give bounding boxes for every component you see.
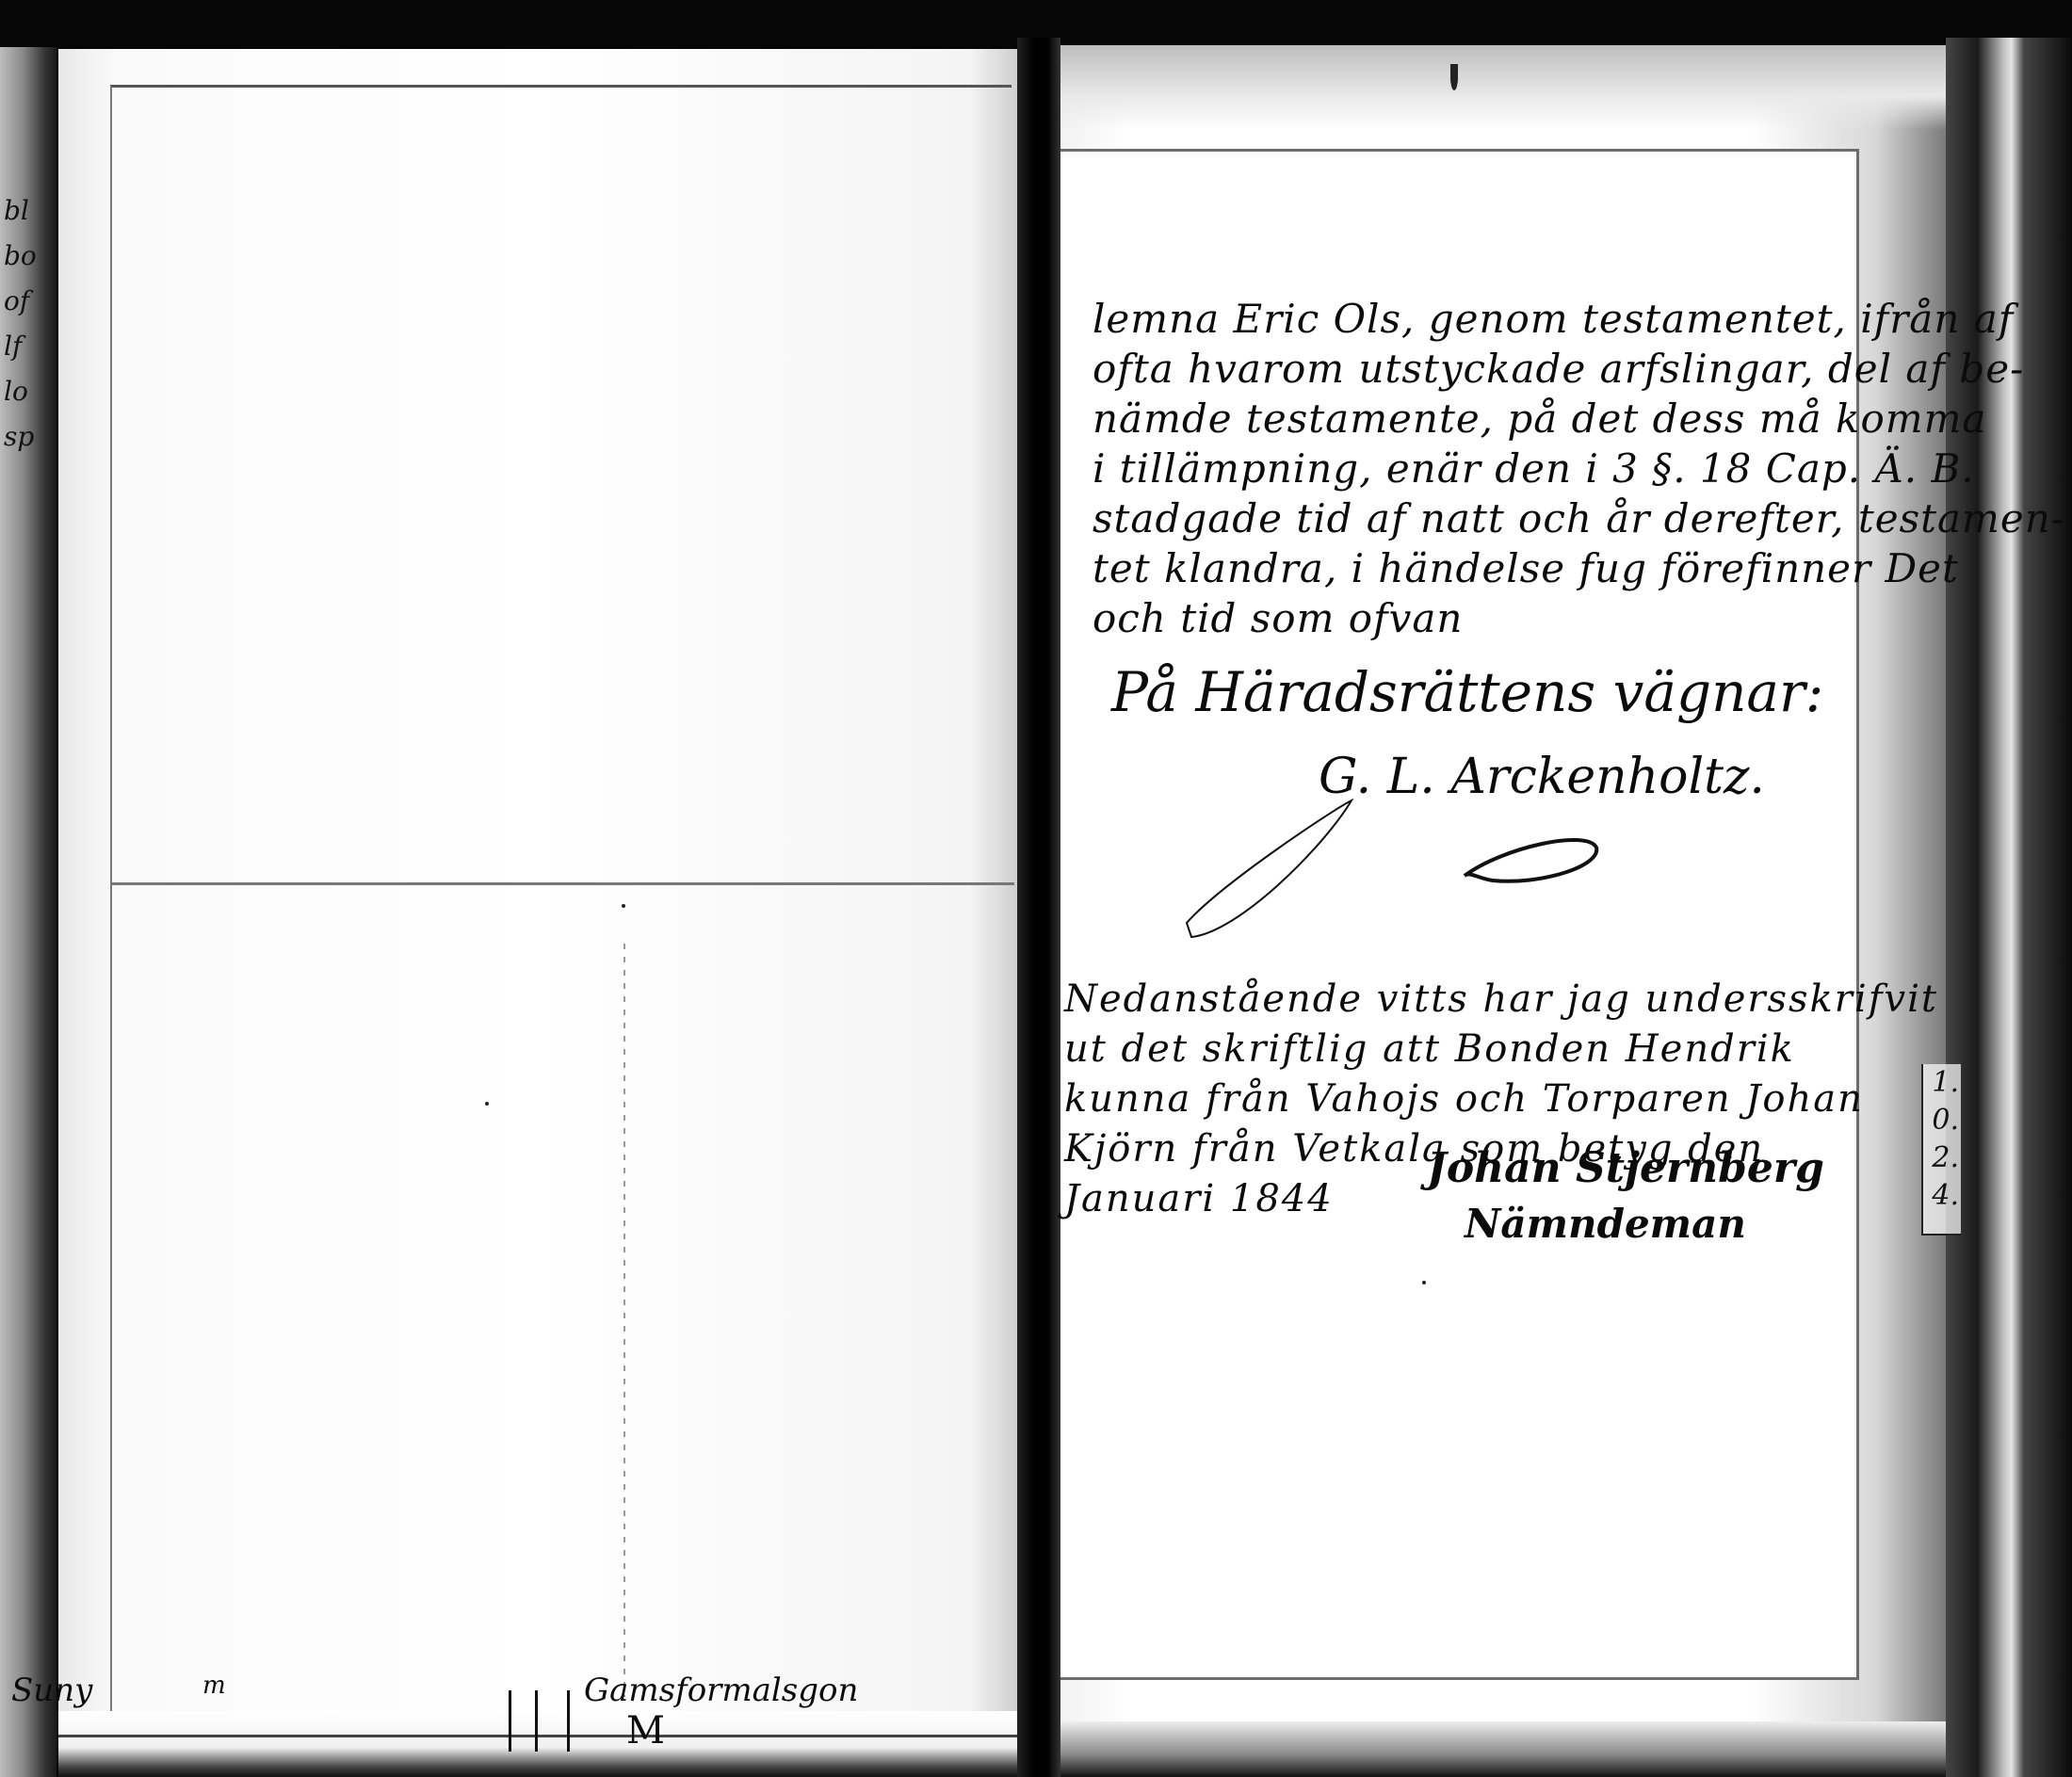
handwritten-line: nämde testamente, på det dess må komma <box>1093 394 2065 444</box>
juror-title: Nämndeman <box>1465 1201 1746 1247</box>
scanned-document: bl bo of lf lo sp Suny m Gamsformalsgon … <box>0 0 2072 1777</box>
handwritten-line: i tillämpning, enär den i 3 §. 18 Cap. Ä… <box>1093 444 2065 493</box>
handwritten-line: lemna Eric Ols, genom testamentet, ifrån… <box>1093 294 2065 344</box>
vertical-fold-line <box>623 944 625 1697</box>
horizontal-fold-line <box>110 882 1014 885</box>
left-page-frame <box>110 85 1012 1726</box>
bottom-note-fragment-a: Suny <box>11 1672 92 1709</box>
left-page <box>58 49 1017 1777</box>
tally-mark <box>509 1690 511 1752</box>
right-page-bottom-edge <box>1060 1721 1946 1777</box>
ink-speck <box>485 1102 489 1106</box>
left-page-bottom-edge <box>58 1711 1017 1777</box>
bottom-note-fragment-c: Gamsformalsgon <box>584 1672 858 1709</box>
handwritten-line: tet klandra, i händelse fug förefinner D… <box>1093 543 2065 593</box>
book-gutter <box>1017 38 1060 1777</box>
court-closing-formula: På Häradsrättens vägnar: <box>1111 659 1823 725</box>
handwritten-line: kunna från Vahojs och Torparen Johan <box>1064 1074 1938 1124</box>
ink-speck <box>1422 1281 1426 1284</box>
juror-signature: Johan Stjernberg <box>1427 1144 1824 1192</box>
signature-flourish-icon <box>1182 791 1615 942</box>
left-page-bottom-rule <box>58 1735 1017 1737</box>
ink-speck <box>622 904 625 908</box>
tally-mark <box>567 1690 570 1752</box>
handwritten-line: ofta hvarom utstyckade arfslingar, del a… <box>1093 344 2065 394</box>
margin-fragment-text: bl bo of lf lo sp <box>4 188 41 460</box>
tally-mark <box>535 1690 538 1752</box>
handwritten-line: stadgade tid af natt och år derefter, te… <box>1093 493 2065 543</box>
bottom-note-fragment-d: M <box>626 1709 665 1753</box>
right-page-top-shadow <box>1060 45 1946 130</box>
testament-paragraph: lemna Eric Ols, genom testamentet, ifrån… <box>1093 294 2065 643</box>
handwritten-line: och tid som ofvan <box>1093 593 2065 643</box>
ink-drip <box>1450 64 1458 90</box>
handwritten-line: ut det skriftlig att Bonden Hendrik <box>1064 1025 1938 1074</box>
handwritten-line: Nedanstående vitts har jag undersskrifvi… <box>1064 975 1938 1025</box>
previous-leaf-margin: bl bo of lf lo sp <box>0 47 57 1777</box>
bottom-note-fragment-b: m <box>202 1672 226 1700</box>
